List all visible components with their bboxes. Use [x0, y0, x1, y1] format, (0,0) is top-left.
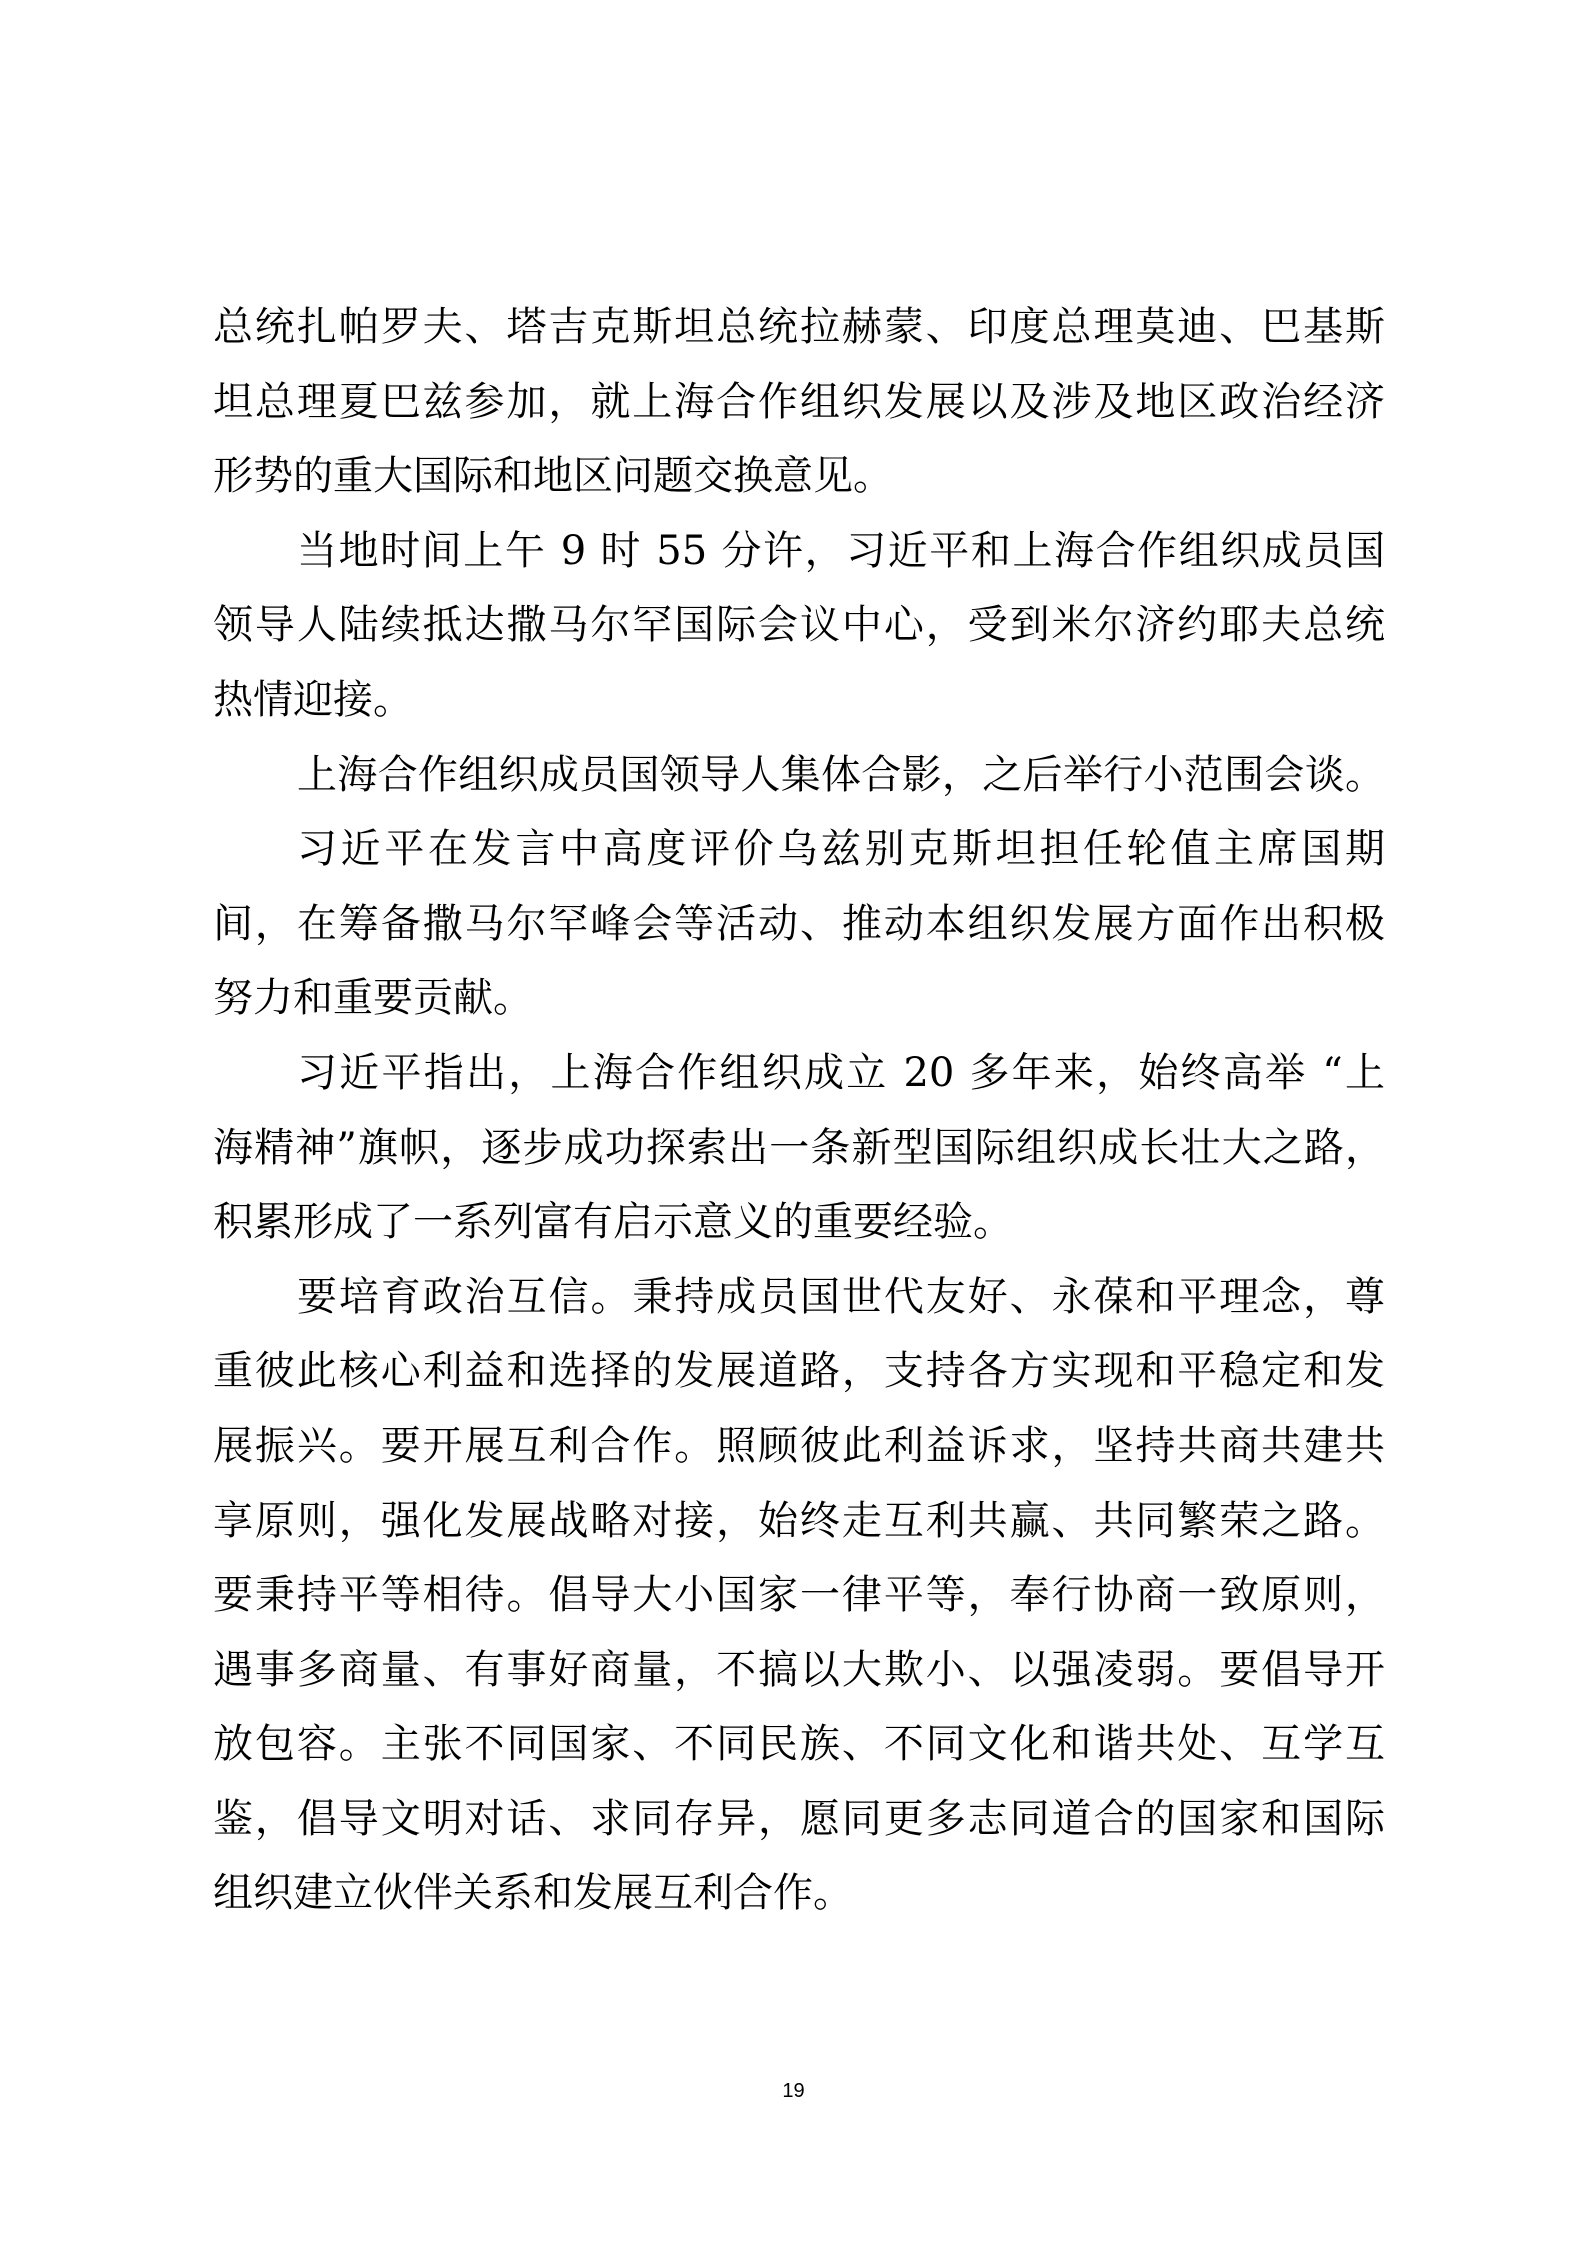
paragraph-3: 上海合作组织成员国领导人集体合影，之后举行小范围会谈。: [213, 738, 1385, 813]
text-line: 习近平在发言中高度评价乌兹别克斯坦担任轮值主席国期: [213, 812, 1385, 887]
paragraph-4: 习近平在发言中高度评价乌兹别克斯坦担任轮值主席国期 间，在筹备撒马尔罕峰会等活动…: [213, 812, 1385, 1036]
page-number: 19: [0, 2080, 1587, 2103]
text-line: 上海合作组织成员国领导人集体合影，之后举行小范围会谈。: [213, 738, 1385, 813]
text-line: 鉴，倡导文明对话、求同存异，愿同更多志同道合的国家和国际: [213, 1782, 1385, 1857]
text-line: 习近平指出，上海合作组织成立 20 多年来，始终高举 “上: [213, 1036, 1385, 1111]
text-line: 遇事多商量、有事好商量，不搞以大欺小、以强凌弱。要倡导开: [213, 1633, 1385, 1708]
body-text: 总统扎帕罗夫、塔吉克斯坦总统拉赫蒙、印度总理莫迪、巴基斯 坦总理夏巴兹参加，就上…: [213, 290, 1385, 1931]
text-line: 享原则，强化发展战略对接，始终走互利共赢、共同繁荣之路。: [213, 1484, 1385, 1559]
text-line: 坦总理夏巴兹参加，就上海合作组织发展以及涉及地区政治经济: [213, 365, 1385, 440]
paragraph-5: 习近平指出，上海合作组织成立 20 多年来，始终高举 “上 海精神”旗帜，逐步成…: [213, 1036, 1385, 1260]
text-line: 要秉持平等相待。倡导大小国家一律平等，奉行协商一致原则，: [213, 1558, 1385, 1633]
text-line: 形势的重大国际和地区问题交换意见。: [213, 439, 1385, 514]
text-line: 热情迎接。: [213, 663, 1385, 738]
text-line: 积累形成了一系列富有启示意义的重要经验。: [213, 1185, 1385, 1260]
paragraph-2: 当地时间上午 9 时 55 分许，习近平和上海合作组织成员国 领导人陆续抵达撒马…: [213, 514, 1385, 738]
text-line: 当地时间上午 9 时 55 分许，习近平和上海合作组织成员国: [213, 514, 1385, 589]
document-page: 总统扎帕罗夫、塔吉克斯坦总统拉赫蒙、印度总理莫迪、巴基斯 坦总理夏巴兹参加，就上…: [0, 0, 1587, 2245]
paragraph-6: 要培育政治互信。秉持成员国世代友好、永葆和平理念，尊 重彼此核心利益和选择的发展…: [213, 1260, 1385, 1931]
text-line: 海精神”旗帜，逐步成功探索出一条新型国际组织成长壮大之路，: [213, 1111, 1385, 1186]
text-line: 领导人陆续抵达撒马尔罕国际会议中心，受到米尔济约耶夫总统: [213, 588, 1385, 663]
text-line: 组织建立伙伴关系和发展互利合作。: [213, 1856, 1385, 1931]
text-line: 要培育政治互信。秉持成员国世代友好、永葆和平理念，尊: [213, 1260, 1385, 1335]
text-line: 间，在筹备撒马尔罕峰会等活动、推动本组织发展方面作出积极: [213, 887, 1385, 962]
text-line: 放包容。主张不同国家、不同民族、不同文化和谐共处、互学互: [213, 1707, 1385, 1782]
text-line: 重彼此核心利益和选择的发展道路，支持各方实现和平稳定和发: [213, 1334, 1385, 1409]
text-line: 总统扎帕罗夫、塔吉克斯坦总统拉赫蒙、印度总理莫迪、巴基斯: [213, 290, 1385, 365]
text-line: 努力和重要贡献。: [213, 961, 1385, 1036]
paragraph-1: 总统扎帕罗夫、塔吉克斯坦总统拉赫蒙、印度总理莫迪、巴基斯 坦总理夏巴兹参加，就上…: [213, 290, 1385, 514]
text-line: 展振兴。要开展互利合作。照顾彼此利益诉求，坚持共商共建共: [213, 1409, 1385, 1484]
